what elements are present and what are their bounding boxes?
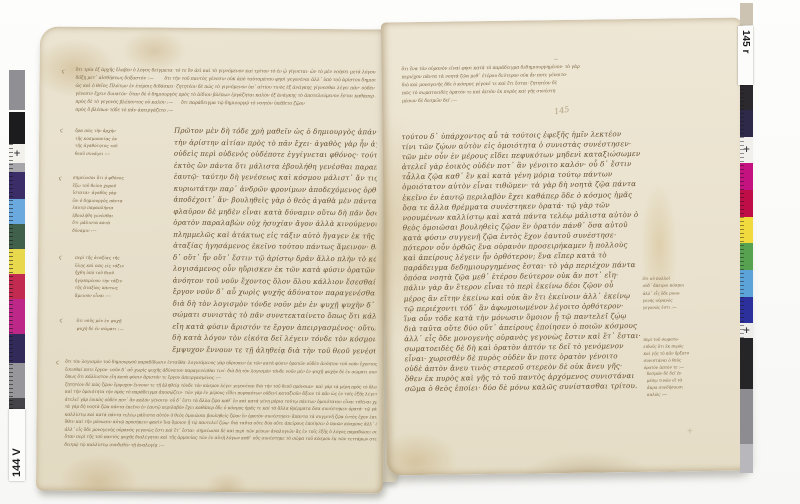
ruler-ticks xyxy=(9,144,13,410)
left-margin-note-2: σημείωσαι ὅτι ὁ φθόνοςἔξω τοῦ θείου χορο… xyxy=(72,174,175,235)
text-line: πρὸς ὃ βλέπων τόδε τὸ πᾶν ἀπειργάζετο :— xyxy=(75,107,375,118)
right-margin-note-2: περὶ τοῦ σωματο-ειδοῦς ὅτι ἐκ πυρὸςκαὶ γ… xyxy=(643,336,723,372)
calibration-segment xyxy=(9,70,25,110)
faint-cross-mark: + xyxy=(687,426,694,435)
right-top-scholia-block: ὅτι ἕνα τὸν οὐρανὸν εἶναί φησι κατὰ τὸ π… xyxy=(401,64,592,107)
ruler-ticks xyxy=(740,85,744,340)
text-line: θεοῦ συνάγει :— xyxy=(75,149,171,157)
right-page: ὅτι ἕνα τὸν οὐρανὸν εἶναί φησι κατὰ τὸ π… xyxy=(381,17,749,475)
left-margin-note-4: ὅτι νοῦς μὲν ἐν ψυχῇψυχὴ δὲ ἐν σώματι :— xyxy=(76,317,182,333)
margin-mark: ϛ xyxy=(62,69,65,75)
left-top-scholia-block: ὅτι τρία ἐξ ἀρχῆς ἔλαβεν ὁ λόγος δείγματ… xyxy=(75,67,375,120)
calibration-segment xyxy=(740,389,753,444)
margin-mark: ϛ xyxy=(59,176,62,182)
shelfmark-label-145r: 145 r xyxy=(738,26,753,85)
manuscript-photo: ὅτι τρία ἐξ ἀρχῆς ἔλαβεν ὁ λόγος δείγματ… xyxy=(0,0,800,504)
text-line: γεγονώς ἐστι :— xyxy=(643,303,719,311)
shelfmark-label-144v: 144 V xyxy=(9,409,25,481)
calibration-segment xyxy=(740,3,753,25)
left-main-text-block: Πρῶτον μὲν δὴ τόδε χρὴ μαθεῖν ὡς ὁ δημιο… xyxy=(172,126,377,358)
right-margin-note-3: δεσμῶν δὲ δεῖ ἐνμέσῳ τινῶν οἳ τὰἄκρα συν… xyxy=(647,370,725,399)
calibration-segment xyxy=(9,112,25,144)
text-line: σῶμα ὁ θεὸς ἐποίει· δύο δὲ μόνω καλῶς συ… xyxy=(405,381,646,394)
text-line: δύναμιν :— xyxy=(72,226,174,234)
left-margin-note-3: περὶ τῆς ἀταξίας τῆςὕλης καὶ πῶς εἰς τάξ… xyxy=(75,254,171,300)
text-line: ἄμεινον εἶναι :— xyxy=(75,291,171,299)
left-margin-note-1: ὅρα πῶς τὴν ἀρχὴντῆς κοσμοποιίας ἐκτῆς ἀ… xyxy=(75,127,171,158)
text-line: καλῶς :— xyxy=(647,390,725,398)
margin-mark: ϛ xyxy=(59,255,62,261)
right-main-text-block: τούτου δ᾽ ὑπάρχοντος αὖ τὰ τούτοις ἐφεξῆ… xyxy=(401,129,646,395)
margin-mark: ϛ xyxy=(56,360,59,366)
text-line: ἔμψυχον ἔννουν τε τῇ ἀληθείᾳ διὰ τὴν τοῦ… xyxy=(172,344,375,357)
calibration-segment xyxy=(740,338,753,389)
right-margin-note-1: ὅτι οὐ πολλοὶοὐδ᾽ ἄπειροι κόσμοιἀλλ᾽ εἷς… xyxy=(642,274,719,312)
folio-number: 145 xyxy=(553,105,570,117)
margin-mark: ϛ xyxy=(60,128,63,134)
text-line: ψυχὴ δὲ ἐν σώματι :— xyxy=(76,324,182,332)
calibration-segment xyxy=(740,444,753,473)
ink-squiggle-mark: ~ xyxy=(553,56,558,63)
margin-mark: ϛ xyxy=(59,318,62,324)
left-bottom-scholia-block: ὅτι τὸν λογισμὸν τοῦ δημιουργοῦ παραδίδω… xyxy=(64,359,377,452)
left-page: ὅτι τρία ἐξ ἀρχῆς ἔλαβεν ὁ λόγος δείγματ… xyxy=(36,26,387,493)
